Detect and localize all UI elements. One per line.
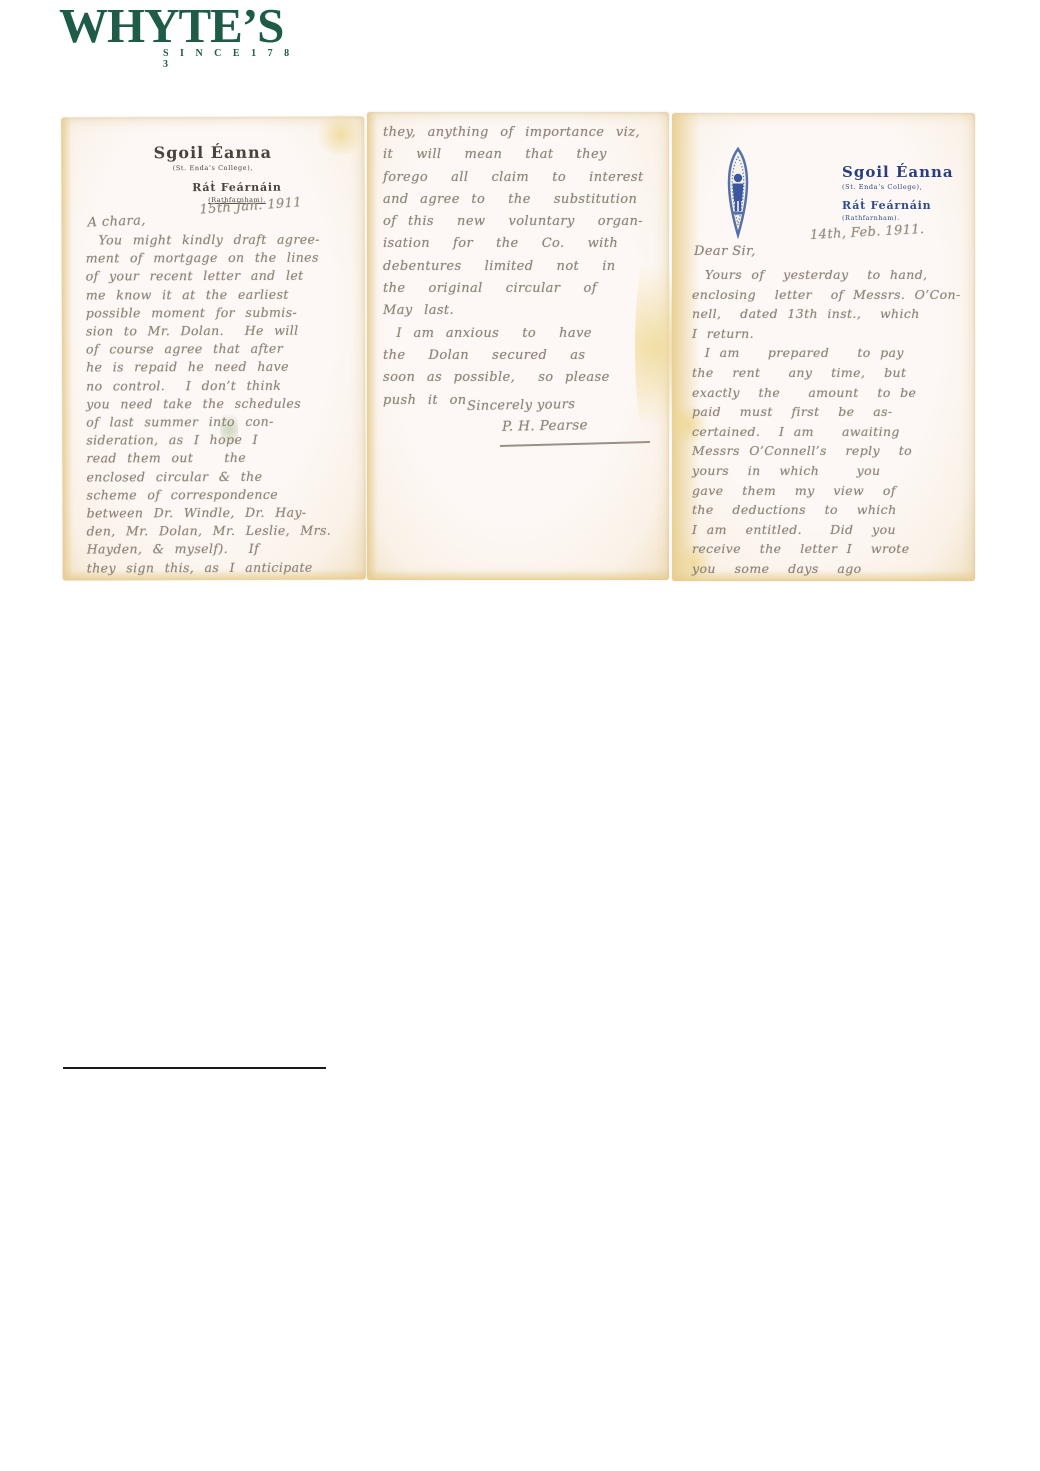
letter-body: You might kindly draft agree-ment of mor… — [86, 230, 359, 577]
handwriting-line: possible moment for submis- — [86, 303, 358, 322]
salutation: A chara, — [87, 213, 146, 230]
handwriting-line: scheme of correspondence — [86, 485, 358, 504]
handwriting-line: me know it at the earliest — [86, 285, 358, 304]
handwriting-line: isation for the Co. with — [383, 233, 661, 255]
handwriting-line: I am prepared to pay — [692, 343, 962, 363]
handwriting-line: he is repaid he need have — [86, 358, 358, 377]
handwriting-line: between Dr. Windle, Dr. Hay- — [87, 504, 359, 523]
handwriting-line: and agree to the substitution — [383, 189, 661, 211]
whytes-logo-tagline: S I N C E 1 7 8 3 — [163, 48, 299, 70]
handwriting-line: debentures limited not in — [383, 256, 661, 278]
handwriting-line: the deductions to which — [692, 500, 962, 520]
handwriting-line: Hayden, & myself). If — [87, 540, 359, 559]
catalogue-page: WHYTE’S S I N C E 1 7 8 3 Sgoil Éanna (S… — [0, 0, 1040, 1471]
handwriting-line: enclosing letter of Messrs. O’Con- — [692, 285, 962, 305]
handwriting-line: sion to Mr. Dolan. He will — [86, 322, 358, 341]
letterhead: Sgoil Éanna (St. Enda’s College), Ráṫ Fe… — [61, 142, 364, 204]
signature-underline — [500, 441, 650, 446]
handwriting-line: the original circular of — [383, 278, 661, 300]
handwriting-line: of last summer into con- — [86, 413, 358, 432]
letter-page-3: Sgoil Éanna (St. Enda’s College), Ráṫ Fe… — [672, 113, 975, 581]
letter-body: they, anything of importance viz,it will… — [383, 122, 661, 412]
salutation: Dear Sir, — [694, 244, 756, 259]
letter-closing: Sincerely yours — [467, 397, 576, 414]
letterhead-school-subtitle: (St. Enda’s College), — [842, 183, 954, 191]
handwriting-line: certained. I am awaiting — [692, 422, 962, 442]
handwriting-line: Messrs O’Connell’s reply to — [692, 441, 962, 461]
handwriting-line: ment of mortgage on the lines — [86, 249, 358, 268]
handwriting-line: they, anything of importance viz, — [383, 122, 661, 144]
paper-aged-edge — [367, 112, 377, 580]
handwriting-line: gave them my view of — [692, 481, 962, 501]
handwriting-line: You might kindly draft agree- — [86, 230, 358, 249]
whytes-logo-text: WHYTE’S — [59, 0, 299, 52]
letter-body: Yours of yesterday to hand,enclosing let… — [692, 265, 962, 579]
handwriting-line: I return. — [692, 324, 962, 344]
handwriting-line: I am anxious to have — [383, 323, 661, 345]
footnote-rule — [63, 1067, 326, 1069]
handwriting-line: yours in which you — [692, 461, 962, 481]
handwriting-line: the rent any time, but — [692, 363, 962, 383]
whytes-logo: WHYTE’S S I N C E 1 7 8 3 — [59, 0, 299, 66]
handwriting-line: May last. — [383, 300, 661, 322]
handwriting-line: no control. I don’t think — [86, 376, 358, 395]
handwriting-line: exactly the amount to be — [692, 383, 962, 403]
handwriting-line: enclosed circular & the — [86, 467, 358, 486]
st-endas-crest-icon — [716, 145, 760, 239]
letter-page-2: they, anything of importance viz,it will… — [367, 112, 669, 580]
letterhead: Sgoil Éanna (St. Enda’s College), Ráṫ Fe… — [842, 163, 954, 222]
letterhead-school-name: Sgoil Éanna — [61, 142, 364, 162]
handwriting-line: of your recent letter and let — [86, 267, 358, 286]
handwriting-line: of this new voluntary organ- — [383, 211, 661, 233]
handwriting-line: you need take the schedules — [86, 394, 358, 413]
letterhead-school-name: Sgoil Éanna — [842, 163, 954, 181]
handwriting-line: the Dolan secured as — [383, 345, 661, 367]
signature: P. H. Pearse — [502, 417, 588, 434]
handwriting-line: I am entitled. Did you — [692, 520, 962, 540]
letterhead-place: Ráṫ Feárnáin — [85, 180, 388, 194]
handwriting-line: read them out the — [86, 449, 358, 468]
paper-aged-edge — [367, 570, 669, 580]
handwriting-line: of course agree that after — [86, 340, 358, 359]
handwriting-line: receive the letter I wrote — [692, 539, 962, 559]
handwriting-line: paid must first be as- — [692, 402, 962, 422]
handwriting-line: it will mean that they — [383, 144, 661, 166]
letterhead-school-subtitle: (St. Enda’s College), — [61, 163, 364, 172]
handwriting-line: forego all claim to interest — [383, 167, 661, 189]
handwriting-line: you some days ago — [692, 559, 962, 579]
handwriting-line: nell, dated 13th inst., which — [692, 304, 962, 324]
handwriting-line: sideration, as I hope I — [86, 431, 358, 450]
handwriting-line: den, Mr. Dolan, Mr. Leslie, Mrs. — [87, 522, 359, 541]
handwriting-line: Yours of yesterday to hand, — [692, 265, 962, 285]
handwriting-line: they sign this, as I anticipate — [87, 558, 359, 577]
handwritten-date: 14th, Feb. 1911. — [810, 222, 925, 243]
handwriting-line: soon as possible, so please — [383, 367, 661, 389]
letterhead-place-subtitle: (Rathfarnham). — [842, 214, 954, 222]
letter-page-1: Sgoil Éanna (St. Enda’s College), Ráṫ Fe… — [61, 116, 366, 580]
letterhead-place: Ráṫ Feárnáin — [842, 199, 954, 212]
